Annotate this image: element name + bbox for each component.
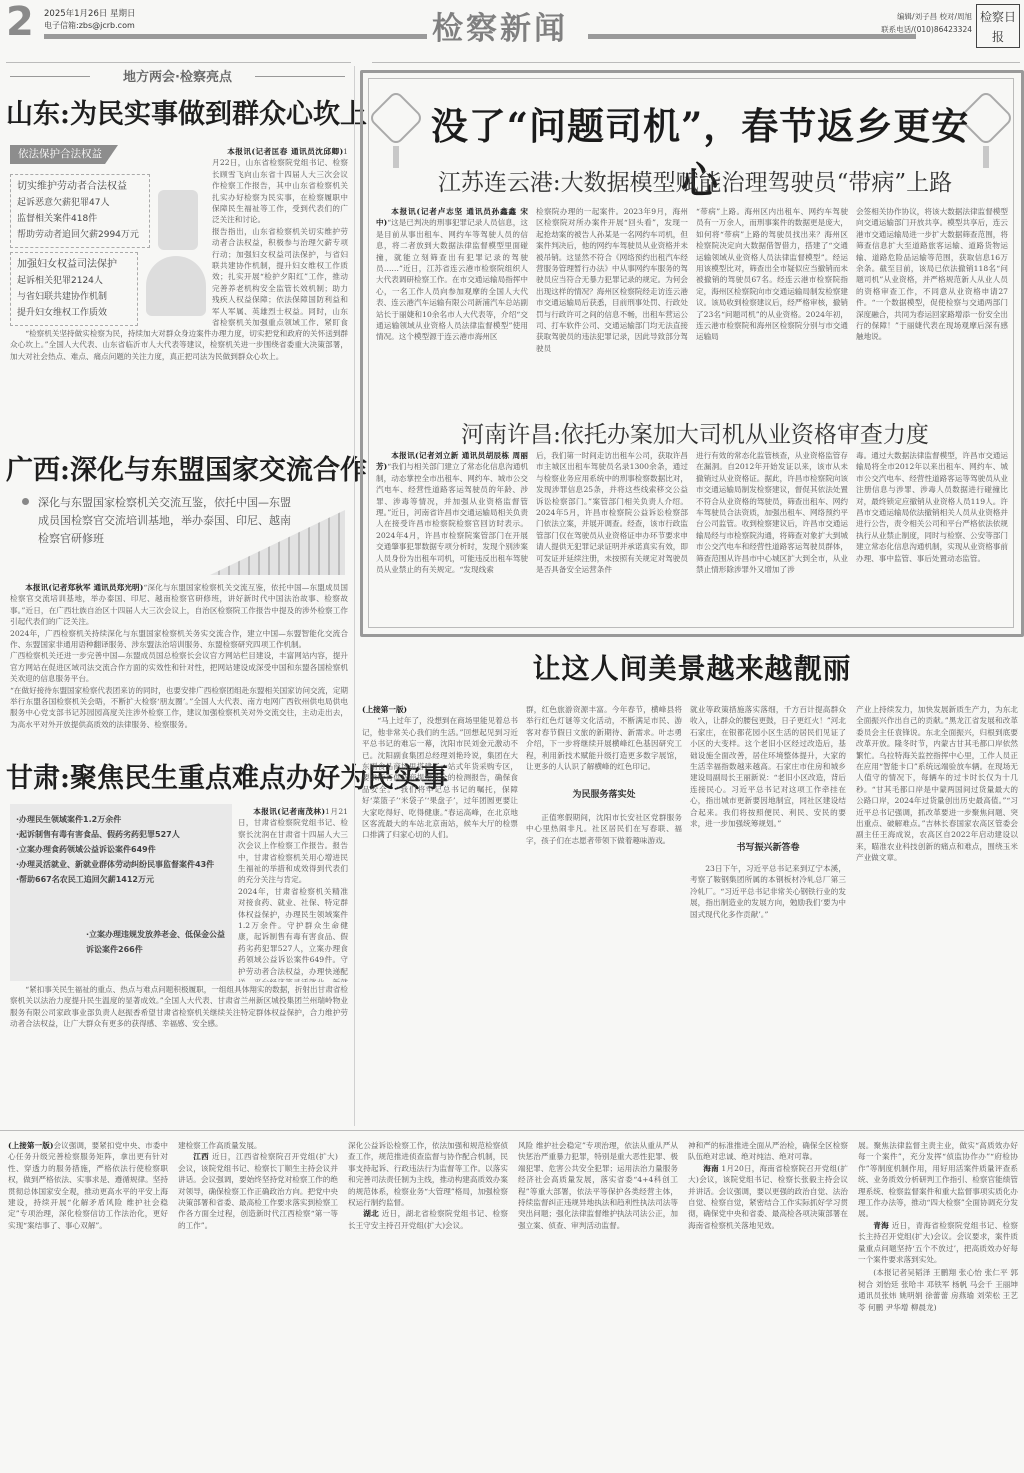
contact-phone: 联系电话/(010)86423324	[832, 24, 972, 35]
region-label: 江西	[193, 1152, 209, 1161]
paragraph: “马上过年了，没想到在商场里能见着总书记，他非常关心我们的生活。”回想起见到习近…	[362, 715, 518, 840]
newspaper-logo: 检察日报	[976, 4, 1020, 48]
article-column: 深化公益诉讼检察工作，依法加强和规范检察侦查工作，规范推进侦查监督与协作配合机制…	[348, 1140, 508, 1468]
section-title: 检察新闻	[432, 3, 568, 48]
region-label: 青海	[873, 1221, 889, 1230]
paragraph: 1月22日，山东省检察院党组书记、检察长顾雪飞向山东省十四届人大三次会议作检察工…	[212, 147, 348, 224]
divider	[372, 62, 1020, 63]
subheadline-jiangsu: 江苏连云港:大数据模型赋能治理驾驶员“带病”上路	[380, 164, 1010, 197]
region-label: 海南	[703, 1164, 719, 1173]
stat-line: 起诉相关犯罪2124人	[17, 273, 131, 289]
byline: 本报讯(记者南茂林)	[253, 807, 325, 816]
paragraph: 报告指出，山东省检察机关切实维护劳动者合法权益，积极参与治理欠薪专项行动；加强妇…	[212, 227, 348, 326]
paragraph: “紧扣事关民生福祉的重点、热点与难点问题积极履职，一组组具体翔实的数据，折射出甘…	[10, 985, 348, 1028]
masthead-rule-left	[44, 34, 427, 39]
paragraph: 广西检察机关还进一步完善中国—东盟成员国总检察长会议官方网站栏目建设，丰富网站内…	[10, 651, 348, 683]
paragraph: 建检察工作高质量发展。	[178, 1140, 338, 1151]
region-label: 湖北	[363, 1209, 379, 1218]
article-column: 神和严的标准推进全面从严治检，确保全区检察队伍绝对忠诚、绝对纯洁、绝对可靠。 海…	[688, 1140, 848, 1468]
section-divider	[0, 1130, 1024, 1131]
paragraph: “我们与相关部门建立了常态化信息沟通机制，动态掌控全市出租车、网约车、城市公交汽…	[376, 462, 528, 574]
article-body: 本报讯(记者匡春 通讯员沈邱卿)1月22日，山东省检察院党组书记、检察长顾雪飞向…	[212, 146, 348, 326]
paragraph: 1月20日，海南省检察院召开党组(扩大)会议，该院党组书记、检察长张毅主持会议并…	[688, 1164, 848, 1230]
tag-banner: 依法保护合法权益	[10, 145, 118, 164]
stat-line: 监督相关案件418件	[17, 211, 143, 227]
article-column: (上接第一版)会议强调，要紧扣党中央、市委中心任务升级完善检察服务矩阵，拿出更有…	[8, 1140, 168, 1468]
paragraph: “在做好接待东盟国家检察代表团来访的同时，也要安排广西检察团组赴东盟相关国家访问…	[10, 686, 348, 729]
page-number: 2	[6, 2, 34, 42]
subheadline-henan: 河南许昌:依托办案加大司机从业资格审查力度	[380, 416, 1010, 449]
headline-gansu: 甘肃:聚焦民生重点难点办好为民实事	[6, 756, 346, 795]
article-column: 检察院办理的一起案件。2023年9月，海州区检察院对所办案件开展“回头看”，发现…	[536, 206, 688, 394]
paragraph: 产业上持续发力，加快发展新质生产力，为东北全面振兴作出自己的贡献。”黑龙江省发展…	[856, 704, 1018, 864]
stat-line: ·办理灵活就业、新就业群体劳动纠纷民事监督案件43件	[16, 857, 226, 872]
article-body: 本报讯(记者郑秋军 通讯员郑光明)“深化与东盟国家检察机关交流互鉴，依托中国—东…	[10, 582, 348, 744]
article-column: 展。聚焦法律监督主责主业，做实“高质效办好每一个案件”，充分发挥“侦监协作办”“…	[858, 1140, 1018, 1468]
article-body: “检察机关坚持做实检察为民，持续加大对群众身边案件办理力度，切实把党和政府的关怀…	[10, 328, 348, 436]
stat-line: 提升妇女维权工作质效	[17, 305, 131, 321]
reporter-credits: (本报记者吴韬泽 王鹏翔 张心怡 张仁平 郭树合 刘怡廷 张哈丰 邓铁军 杨帆 …	[858, 1267, 1018, 1313]
stats-box-women: 加强妇女权益司法保护 起诉相关犯罪2124人 与省妇联共建协作机制 提升妇女维权…	[10, 252, 138, 326]
article-column: 建检察工作高质量发展。 江西 近日，江西省检察院召开党组(扩大)会议，该院党组书…	[178, 1140, 338, 1468]
stats-box-title: 切实维护劳动者合法权益	[17, 179, 143, 195]
paragraph: 风险 维护社会稳定”专项治理，依法从重从严从快惩治严重暴力犯罪，特别是重大恶性犯…	[518, 1140, 678, 1231]
kicker-rule	[255, 76, 345, 77]
contact-email: 电子信箱:zbs@jcrb.com	[44, 20, 135, 31]
paragraph: 会签相关协作协议，将该大数据法律监督模型向交通运输部门开放共享。模型共享后，连云…	[856, 207, 1008, 341]
continued-label: (上接第一版)	[8, 1141, 53, 1150]
divider	[6, 62, 351, 63]
article-column: 进行有效的常态化监管核查，从业资格监管存在漏洞。自2012年开始发证以来，该市从…	[696, 450, 848, 612]
woman-illustration	[146, 256, 206, 316]
article-column: (上接第一版) “马上过年了，没想到在商场里能见着总书记，他非常关心我们的生活。…	[362, 704, 518, 1124]
paragraph: 毒。通过大数据法律监督模型，许昌市交通运输局将全市2012年以来出租车、网约车、…	[856, 451, 1008, 563]
article-body: “紧扣事关民生福祉的重点、热点与难点问题积极履职，一组组具体翔实的数据，折射出甘…	[10, 984, 348, 1124]
article-body: 本报讯(记者南茂林)1月21日，甘肃省检察院党组书记、检察长沈润在甘肃省十四届人…	[238, 806, 348, 982]
article-column: 风险 维护社会稳定”专项治理，依法从重从严从快惩治严重暴力犯罪，特别是重大恶性犯…	[518, 1140, 678, 1468]
headline-guangxi: 广西:深化与东盟国家交流合作	[6, 448, 346, 487]
stat-line: ·起诉制售有毒有害食品、假药劣药犯罪527人	[16, 827, 226, 842]
byline: 本报讯(记者郑秋军 通讯员郑光明)	[25, 583, 143, 592]
paragraph: 神和严的标准推进全面从严治检，确保全区检察队伍绝对忠诚、绝对纯洁、绝对可靠。	[688, 1140, 848, 1163]
editor-credit: 编辑/刘子昌 校对/周旭	[872, 11, 972, 22]
stats-box-gansu: ·办理民生领域案件1.2万余件 ·起诉制售有毒有害食品、假药劣药犯罪527人 ·…	[10, 804, 232, 981]
article-column: “带病”上路。海州区内出租车、网约车驾驶员有一万余人，而刑事案件的数据更是庞大，…	[696, 206, 848, 394]
paragraph: 近日，江西省检察院召开党组(扩大)会议，该院党组书记、检察长丁顺生主持会议并讲话…	[178, 1152, 338, 1229]
paragraph: “检察机关坚持做实检察为民，持续加大对群众身边案件办理力度，切实把党和政府的关怀…	[10, 329, 348, 361]
stat-line: ·立案办理违规发放养老金、低保金公益诉讼案件266件	[16, 927, 226, 957]
subhead: 书写振兴新答卷	[690, 843, 846, 854]
stat-line: ·立案办理食药领域公益诉讼案件649件	[16, 842, 226, 857]
stat-line: 帮助劳动者追回欠薪2994万元	[17, 227, 143, 243]
byline: 本报讯(记者匡春 通讯员沈邱卿)	[227, 147, 343, 156]
paragraph: 23日下午，习近平总书记来到辽宁本溪，考察了鞍钢集团所属的本钢板材冷轧总厂第三冷…	[690, 863, 846, 920]
paragraph: 就业等政策措施落实落细，千方百计提高群众收入，让群众的腰包更鼓，日子更红火！”河…	[690, 704, 846, 829]
paragraph: 1月21日，甘肃省检察院党组书记、检察长沈润在甘肃省十四届人大三次会议上作检察工…	[238, 807, 348, 884]
stat-line: ·办理民生领域案件1.2万余件	[16, 812, 226, 827]
article-column: 毒。通过大数据法律监督模型，许昌市交通运输局将全市2012年以来出租车、网约车、…	[856, 450, 1008, 612]
issue-date: 2025年1月26日 星期日	[44, 7, 136, 19]
headline-shandong: 山东:为民实事做到群众心坎上	[6, 92, 346, 131]
article-column: 产业上持续发力，加快发展新质生产力，为东北全面振兴作出自己的贡献。”黑龙江省发展…	[856, 704, 1018, 1124]
article-column: 本报讯(记者卢志坚 通讯员孙鑫鑫 宋中)“这是已判决的刑事犯罪记录人员信息，这是…	[376, 206, 528, 394]
paragraph: 进行有效的常态化监管核查，从业资格监管存在漏洞。自2012年开始发证以来，该市从…	[696, 451, 848, 574]
paragraph: 会议强调，要紧扣党中央、市委中心任务升级完善检察服务矩阵，拿出更有针对性、穿透力…	[8, 1141, 168, 1230]
paragraph: “带病”上路。海州区内出租车、网约车驾驶员有一万余人，而刑事案件的数据更是庞大，…	[696, 207, 848, 341]
article-column: 群，红色旅游资源丰富。今年春节，横峰县将举行红色灯谜等文化活动，不断满足市民、游…	[526, 704, 682, 1124]
paragraph: 后，我们第一时间走访出租车公司，获取许昌市主城区出租车驾驶员名录1300余条，通…	[536, 451, 688, 574]
worker-illustration	[158, 190, 198, 250]
stats-box-title: 加强妇女权益司法保护	[17, 257, 131, 273]
paragraph: 群，红色旅游资源丰富。今年春节，横峰县将举行红色灯谜等文化活动，不断满足市民、游…	[526, 704, 682, 772]
article-column: 后，我们第一时间走访出租车公司，获取许昌市主城区出租车驾驶员名录1300余条，通…	[536, 450, 688, 612]
article-column: 会签相关协作协议，将该大数据法律监督模型向交通运输部门开放共享。模型共享后，连云…	[856, 206, 1008, 394]
highlight-summary: 深化与东盟国家检察机关交流互鉴，依托中国—东盟成员国检察官交流培训基地，举办泰国…	[38, 494, 298, 548]
paragraph: “这是已判决的刑事犯罪记录人员信息，这是目前从事出租车、网约车等驾驶人员的信息，…	[376, 218, 528, 341]
stat-line: 起诉恶意欠薪犯罪47人	[17, 195, 143, 211]
stat-line: 与省妇联共建协作机制	[17, 289, 131, 305]
paragraph: 展。聚焦法律监督主责主业，做实“高质效办好每一个案件”，充分发挥“侦监协作办”“…	[858, 1140, 1018, 1220]
stat-line: ·帮助667名农民工追回欠薪1412万元	[16, 872, 226, 887]
bullet-icon	[22, 498, 29, 505]
stats-box-labor: 切实维护劳动者合法权益 起诉恶意欠薪犯罪47人 监督相关案件418件 帮助劳动者…	[10, 174, 150, 248]
subhead: 为民服务落实处	[526, 790, 682, 801]
column-divider	[354, 66, 355, 1126]
headline-scenery: 让这人间美景越来越靓丽	[360, 647, 1024, 687]
article-column: 就业等政策措施落实落细，千方百计提高群众收入，让群众的腰包更鼓，日子更红火！”河…	[690, 704, 846, 1124]
article-column: 本报讯(记者刘立新 通讯员胡辰栋 周丽芳)“我们与相关部门建立了常态化信息沟通机…	[376, 450, 528, 612]
continued-label: (上接第一版)	[362, 704, 518, 715]
paragraph: 检察院办理的一起案件。2023年9月，海州区检察院对所办案件开展“回头看”，发现…	[536, 207, 688, 353]
paragraph: 深化公益诉讼检察工作，依法加强和规范检察侦查工作，规范推进侦查监督与协作配合机制…	[348, 1140, 508, 1208]
paragraph: 正值寒假期间，沈阳市长安社区党群服务中心里热闹非凡。社区居民们在写春联、福字，孩…	[526, 812, 682, 846]
paragraph: 2024年，广西检察机关持续深化与东盟国家检察机关务实交流合作，建立中国—东盟智…	[10, 629, 348, 649]
paragraph: 2024年，甘肃省检察机关精准对接食药、就业、社保、特定群体权益保护，办理民生领…	[238, 887, 348, 982]
